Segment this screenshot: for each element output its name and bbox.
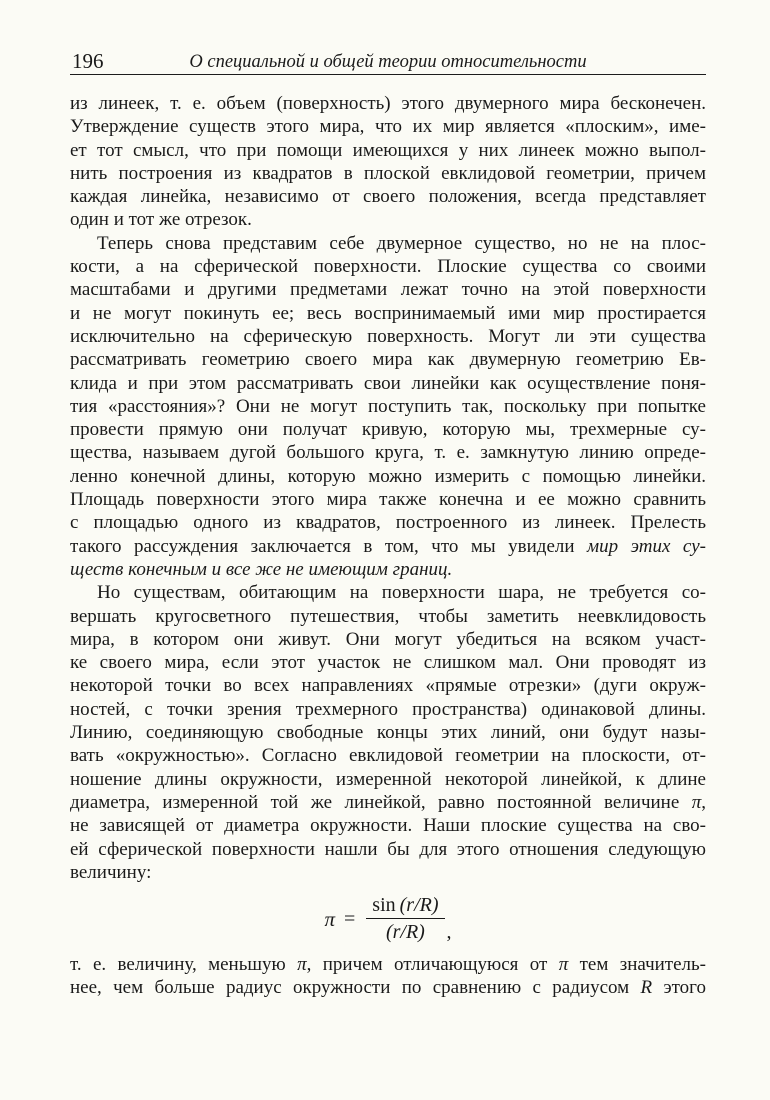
text-line: Теперь снова представим себе двумерное с… bbox=[70, 232, 706, 255]
text-line: один и тот же отрезок. bbox=[70, 208, 706, 231]
text-segment: масштабами и другими предметами лежат то… bbox=[70, 279, 706, 300]
text-segment: вать «окружностью». Согласно евклидовой … bbox=[70, 745, 706, 766]
text-line: и не могут покинуть ее; весь воспринимае… bbox=[70, 302, 706, 325]
text-line: Линию, соединяющую свободные концы этих … bbox=[70, 721, 706, 744]
paragraph: из линеек, т. е. объем (поверхность) это… bbox=[70, 92, 706, 232]
text-segment: клида и при этом рассматривать свои лине… bbox=[70, 373, 706, 394]
text-line: ленно конечной длины, которую можно изме… bbox=[70, 465, 706, 488]
text-line: исключительно на сферическую поверхность… bbox=[70, 325, 706, 348]
text-segment: мира, в котором они живут. Они могут убе… bbox=[70, 629, 706, 650]
text-segment: ке своего мира, если этот участок не сли… bbox=[70, 652, 706, 673]
text-segment: Площадь поверхности этого мира также кон… bbox=[70, 489, 706, 510]
text-segment: Утверждение существ этого мира, что их м… bbox=[70, 116, 706, 137]
text-segment: щества, называем дугой большого круга, т… bbox=[70, 442, 706, 463]
text-line: диаметра, измеренной той же линейкой, ра… bbox=[70, 791, 706, 814]
text-segment: R bbox=[641, 977, 653, 998]
page-header: 196 О специальной и общей теории относит… bbox=[70, 48, 706, 72]
text-segment: ей сферической поверхности нашли бы для … bbox=[70, 839, 706, 860]
text-segment: т. е. величину, меньшую bbox=[70, 954, 297, 975]
formula-comma: , bbox=[447, 920, 452, 944]
text-line: кости, а на сферической поверхности. Пло… bbox=[70, 255, 706, 278]
text-line: рассматривать геометрию своего мира как … bbox=[70, 348, 706, 371]
text-segment: некоторой точки во всех направлениях «пр… bbox=[70, 675, 706, 696]
text-segment: и не могут покинуть ее; весь воспринимае… bbox=[70, 303, 706, 324]
text-line: не зависящей от диаметра окружности. Наш… bbox=[70, 814, 706, 837]
paragraph: Теперь снова представим себе двумерное с… bbox=[70, 232, 706, 581]
text-line: провести прямую они получат кривую, кото… bbox=[70, 418, 706, 441]
text-segment: ет тот смысл, что при помощи имеющихся у… bbox=[70, 140, 706, 161]
text-line: Но существам, обитающим на поверхности ш… bbox=[70, 581, 706, 604]
text-segment: диаметра, измеренной той же линейкой, ра… bbox=[70, 792, 692, 813]
text-line: ет тот смысл, что при помощи имеющихся у… bbox=[70, 139, 706, 162]
text-segment: этого bbox=[652, 977, 706, 998]
running-title: О специальной и общей теории относительн… bbox=[70, 53, 706, 72]
text-line: из линеек, т. е. объем (поверхность) это… bbox=[70, 92, 706, 115]
text-block-lower: т. е. величину, меньшую π, причем отлича… bbox=[70, 953, 706, 1000]
text-segment: такого рассуждения заключается в том, чт… bbox=[70, 536, 587, 557]
text-line: такого рассуждения заключается в том, чт… bbox=[70, 535, 706, 558]
numerator-argument: (r/R) bbox=[400, 894, 439, 916]
text-line: ей сферической поверхности нашли бы для … bbox=[70, 838, 706, 861]
formula: π = sin(r/R) (r/R) , bbox=[70, 893, 706, 944]
text-column: из линеек, т. е. объем (поверхность) это… bbox=[70, 92, 706, 1000]
text-segment: , bbox=[701, 792, 706, 813]
text-line: Площадь поверхности этого мира также кон… bbox=[70, 488, 706, 511]
text-line: вершать кругосветного путешествия, чтобы… bbox=[70, 605, 706, 628]
text-segment: нее, чем больше радиус окружности по сра… bbox=[70, 977, 641, 998]
text-line: нить построения из квадратов в плоской е… bbox=[70, 162, 706, 185]
text-segment: тем значитель- bbox=[568, 954, 706, 975]
text-line: ке своего мира, если этот участок не сли… bbox=[70, 651, 706, 674]
text-segment: , причем отличающуюся от bbox=[307, 954, 559, 975]
text-segment: рассматривать геометрию своего мира как … bbox=[70, 349, 706, 370]
text-segment: не зависящей от диаметра окружности. Наш… bbox=[70, 815, 706, 836]
text-line: ществ конечным и все же не имеющим грани… bbox=[70, 558, 706, 581]
fraction-denominator: (r/R) bbox=[380, 919, 431, 944]
text-segment: нить построения из квадратов в плоской е… bbox=[70, 163, 706, 184]
text-segment: π bbox=[692, 792, 702, 813]
text-segment: π bbox=[297, 954, 307, 975]
text-segment: ношение длины окружности, измеренной нек… bbox=[70, 769, 706, 790]
text-segment: с площадью одного из квадратов, построен… bbox=[70, 512, 706, 533]
text-line: тия «расстояния»? Они не могут поступить… bbox=[70, 395, 706, 418]
paragraph: Но существам, обитающим на поверхности ш… bbox=[70, 581, 706, 884]
text-segment: ностей, с точки зрения трехмерного прост… bbox=[70, 699, 706, 720]
text-segment: вершать кругосветного путешествия, чтобы… bbox=[70, 606, 706, 627]
sin-function-label: sin bbox=[372, 894, 395, 916]
text-segment: величину: bbox=[70, 862, 151, 883]
text-segment: ществ конечным и все же не имеющим грани… bbox=[70, 559, 452, 580]
text-segment: ленно конечной длины, которую можно изме… bbox=[70, 466, 706, 487]
fraction: sin(r/R) (r/R) bbox=[366, 893, 444, 944]
text-segment: мир этих су- bbox=[587, 536, 706, 557]
text-segment: Но существам, обитающим на поверхности ш… bbox=[97, 582, 706, 603]
book-page: 196 О специальной и общей теории относит… bbox=[0, 0, 770, 1100]
text-line: с площадью одного из квадратов, построен… bbox=[70, 511, 706, 534]
text-block-upper: из линеек, т. е. объем (поверхность) это… bbox=[70, 92, 706, 884]
text-line: вать «окружностью». Согласно евклидовой … bbox=[70, 744, 706, 767]
text-segment: исключительно на сферическую поверхность… bbox=[70, 326, 706, 347]
fraction-numerator: sin(r/R) bbox=[366, 893, 444, 918]
text-segment: из линеек, т. е. объем (поверхность) это… bbox=[70, 93, 706, 114]
text-segment: Линию, соединяющую свободные концы этих … bbox=[70, 722, 706, 743]
text-line: нее, чем больше радиус окружности по сра… bbox=[70, 976, 706, 999]
text-line: клида и при этом рассматривать свои лине… bbox=[70, 372, 706, 395]
text-segment: Теперь снова представим себе двумерное с… bbox=[97, 233, 706, 254]
text-line: масштабами и другими предметами лежат то… bbox=[70, 278, 706, 301]
pi-symbol: π bbox=[324, 907, 335, 931]
text-line: ношение длины окружности, измеренной нек… bbox=[70, 768, 706, 791]
text-segment: тия «расстояния»? Они не могут поступить… bbox=[70, 396, 706, 417]
text-line: каждая линейка, независимо от своего пол… bbox=[70, 185, 706, 208]
text-line: мира, в котором они живут. Они могут убе… bbox=[70, 628, 706, 651]
text-segment: кости, а на сферической поверхности. Пло… bbox=[70, 256, 706, 277]
text-segment: π bbox=[559, 954, 569, 975]
text-line: т. е. величину, меньшую π, причем отлича… bbox=[70, 953, 706, 976]
equals-sign: = bbox=[344, 907, 355, 931]
text-line: некоторой точки во всех направлениях «пр… bbox=[70, 674, 706, 697]
text-line: ностей, с точки зрения трехмерного прост… bbox=[70, 698, 706, 721]
text-line: величину: bbox=[70, 861, 706, 884]
text-segment: один и тот же отрезок. bbox=[70, 209, 252, 230]
header-rule bbox=[70, 74, 706, 75]
text-line: щества, называем дугой большого круга, т… bbox=[70, 441, 706, 464]
text-segment: каждая линейка, независимо от своего пол… bbox=[70, 186, 706, 207]
text-line: Утверждение существ этого мира, что их м… bbox=[70, 115, 706, 138]
paragraph: т. е. величину, меньшую π, причем отлича… bbox=[70, 953, 706, 1000]
text-segment: провести прямую они получат кривую, кото… bbox=[70, 419, 706, 440]
